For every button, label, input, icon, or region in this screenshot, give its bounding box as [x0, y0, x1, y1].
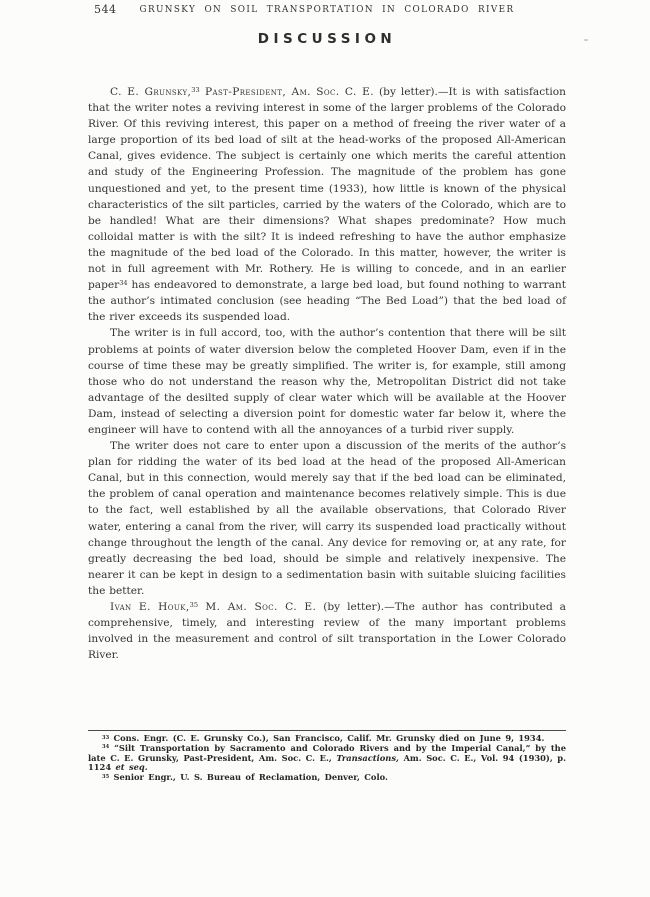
paragraph-grunsky-3: The writer does not care to enter upon a…: [88, 438, 566, 599]
footnote-35: 35 Senior Engr., U. S. Bureau of Reclama…: [88, 773, 566, 783]
footnotes: 33 Cons. Engr. (C. E. Grunsky Co.), San …: [88, 734, 566, 783]
footnote-rule: [88, 730, 566, 731]
page-header: 544 GRUNSKY ON SOIL TRANSPORTATION IN CO…: [88, 3, 566, 17]
body-text: C. E. Grunsky,33 Past-President, Am. Soc…: [88, 84, 566, 663]
scan-speck: [584, 39, 588, 41]
paragraph-grunsky-1: C. E. Grunsky,33 Past-President, Am. Soc…: [88, 84, 566, 325]
section-title: DISCUSSION: [88, 31, 566, 47]
footnote-34: 34 “Silt Transportation by Sacramento an…: [88, 744, 566, 773]
running-title: GRUNSKY ON SOIL TRANSPORTATION IN COLORA…: [88, 3, 566, 15]
paragraph-grunsky-2: The writer is in full accord, too, with …: [88, 325, 566, 438]
document-page: 544 GRUNSKY ON SOIL TRANSPORTATION IN CO…: [0, 0, 650, 897]
paragraph-houk-1: Ivan E. Houk,35 M. Am. Soc. C. E. (by le…: [88, 599, 566, 663]
page-number: 544: [94, 3, 117, 16]
